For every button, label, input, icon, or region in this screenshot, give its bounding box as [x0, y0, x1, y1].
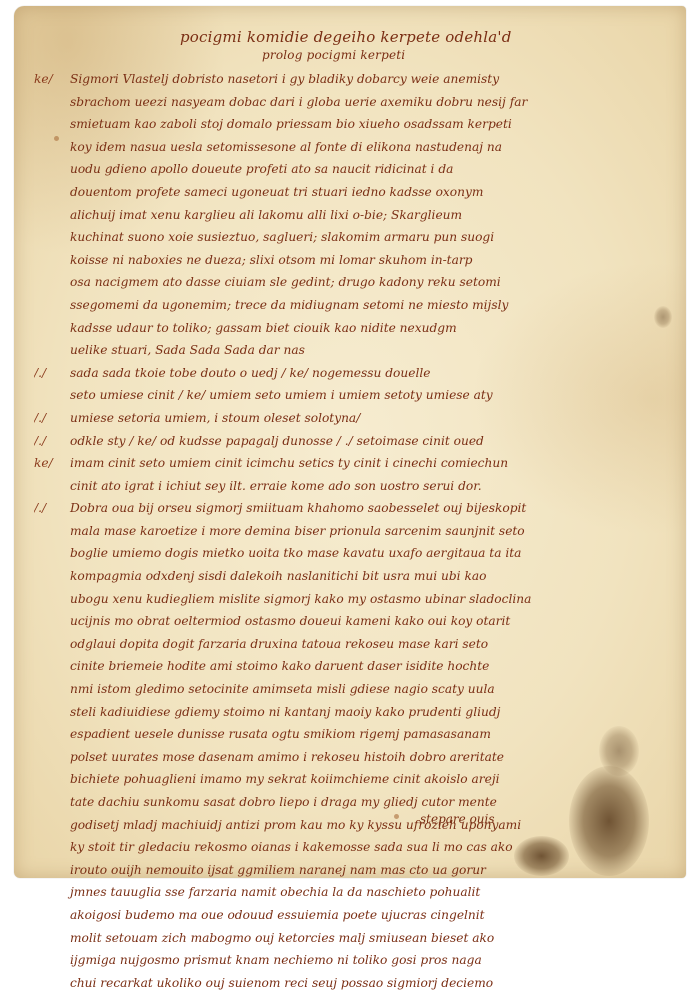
margin-note: /./: [34, 434, 68, 448]
manuscript-line: alichuij imat xenu karglieu ali lakomu a…: [34, 208, 674, 231]
margin-note: ke/: [34, 72, 68, 86]
line-text: sbrachom ueezi nasyeam dobac dari i glob…: [70, 95, 527, 109]
manuscript-line: bichiete pohuaglieni imamo my sekrat koi…: [34, 772, 674, 795]
manuscript-line: seto umiese cinit / ke/ umiem seto umiem…: [34, 388, 674, 411]
manuscript-line: ke/Sigmori Vlastelj dobristo nasetori i …: [34, 72, 674, 95]
line-text: umiese setoria umiem, i stoum oleset sol…: [70, 411, 360, 425]
line-text: imam cinit seto umiem cinit icimchu seti…: [70, 456, 508, 470]
line-text: boglie umiemo dogis mietko uoita tko mas…: [70, 546, 521, 560]
line-text: ssegomemi da ugonemim; trece da midiugna…: [70, 298, 508, 312]
line-text: odkle sty / ke/ od kudsse papagalj dunos…: [70, 434, 484, 448]
line-text: Sigmori Vlastelj dobristo nasetori i gy …: [70, 72, 499, 86]
line-text: kuchinat suono xoie susieztuo, saglueri;…: [70, 230, 494, 244]
manuscript-line: kuchinat suono xoie susieztuo, saglueri;…: [34, 230, 674, 253]
manuscript-line: koy idem nasua uesla setomissesone al fo…: [34, 140, 674, 163]
manuscript-line: uelike stuari, Sada Sada Sada dar nas: [34, 343, 674, 366]
manuscript-line: ubogu xenu kudiegliem mislite sigmorj ka…: [34, 592, 674, 615]
manuscript-line: /./Dobra oua bij orseu sigmorj smiituam …: [34, 501, 674, 524]
manuscript-line: kompagmia odxdenj sisdi dalekoih naslani…: [34, 569, 674, 592]
margin-note: /./: [34, 366, 68, 380]
line-text: steli kadiuidiese gdiemy stoimo ni kanta…: [70, 705, 500, 719]
manuscript-line: cinite briemeie hodite ami stoimo kako d…: [34, 659, 674, 682]
manuscript-line: steli kadiuidiese gdiemy stoimo ni kanta…: [34, 705, 674, 728]
line-text: kadsse udaur to toliko; gassam biet ciou…: [70, 321, 457, 335]
manuscript-line: kadsse udaur to toliko; gassam biet ciou…: [34, 321, 674, 344]
line-text: ubogu xenu kudiegliem mislite sigmorj ka…: [70, 592, 531, 606]
manuscript-line: mala mase karoetize i more demina biser …: [34, 524, 674, 547]
margin-note: /./: [34, 411, 68, 425]
manuscript-line: douentom profete sameci ugoneuat tri stu…: [34, 185, 674, 208]
manuscript-line: espadient uesele dunisse rusata ogtu smi…: [34, 727, 674, 750]
line-text: osa nacigmem ato dasse ciuiam sle gedint…: [70, 275, 501, 289]
line-text: douentom profete sameci ugoneuat tri stu…: [70, 185, 483, 199]
line-text: irouto ouijh nemouito ijsat ggmiliem nar…: [70, 863, 486, 877]
line-text: Dobra oua bij orseu sigmorj smiituam kha…: [70, 501, 526, 515]
manuscript-body: ke/Sigmori Vlastelj dobristo nasetori i …: [34, 72, 674, 886]
line-text: smietuam kao zaboli stoj domalo priessam…: [70, 117, 512, 131]
manuscript-line: smietuam kao zaboli stoj domalo priessam…: [34, 117, 674, 140]
manuscript-line: tate dachiu sunkomu sasat dobro liepo i …: [34, 795, 674, 818]
line-text: koisse ni naboxies ne dueza; slixi otsom…: [70, 253, 472, 267]
manuscript-line: boglie umiemo dogis mietko uoita tko mas…: [34, 546, 674, 569]
line-text: cinite briemeie hodite ami stoimo kako d…: [70, 659, 489, 673]
line-text: uelike stuari, Sada Sada Sada dar nas: [70, 343, 305, 357]
manuscript-line: sbrachom ueezi nasyeam dobac dari i glob…: [34, 95, 674, 118]
manuscript-line: /./odkle sty / ke/ od kudsse papagalj du…: [34, 434, 674, 457]
line-text: alichuij imat xenu karglieu ali lakomu a…: [70, 208, 462, 222]
manuscript-line: osa nacigmem ato dasse ciuiam sle gedint…: [34, 275, 674, 298]
manuscript-subtitle: prolog pocigmi kerpeti: [262, 48, 405, 62]
line-text: polset uurates mose dasenam amimo i reko…: [70, 750, 504, 764]
manuscript-line: ke/imam cinit seto umiem cinit icimchu s…: [34, 456, 674, 479]
line-text: bichiete pohuaglieni imamo my sekrat koi…: [70, 772, 500, 786]
signature: stepare ouis: [420, 812, 495, 826]
line-text: kompagmia odxdenj sisdi dalekoih naslani…: [70, 569, 486, 583]
line-text: cinit ato igrat i ichiut sey ilt. erraie…: [70, 479, 482, 493]
manuscript-line: odglaui dopita dogit farzaria druxina ta…: [34, 637, 674, 660]
line-text: tate dachiu sunkomu sasat dobro liepo i …: [70, 795, 497, 809]
manuscript-line: /./umiese setoria umiem, i stoum oleset …: [34, 411, 674, 434]
manuscript-line: nmi istom gledimo setocinite amimseta mi…: [34, 682, 674, 705]
manuscript-line: irouto ouijh nemouito ijsat ggmiliem nar…: [34, 863, 674, 886]
line-text: seto umiese cinit / ke/ umiem seto umiem…: [70, 388, 493, 402]
margin-note: ke/: [34, 456, 68, 470]
manuscript-line: ssegomemi da ugonemim; trece da midiugna…: [34, 298, 674, 321]
manuscript-line: ky stoit tir gledaciu rekosmo oianas i k…: [34, 840, 674, 863]
line-text: mala mase karoetize i more demina biser …: [70, 524, 525, 538]
manuscript-line: /./sada sada tkoie tobe douto o uedj / k…: [34, 366, 674, 389]
manuscript-line: koisse ni naboxies ne dueza; slixi otsom…: [34, 253, 674, 276]
manuscript-line: uodu gdieno apollo doueute profeti ato s…: [34, 162, 674, 185]
line-text: ucijnis mo obrat oeltermiod ostasmo doue…: [70, 614, 510, 628]
manuscript-line: ucijnis mo obrat oeltermiod ostasmo doue…: [34, 614, 674, 637]
line-text: nmi istom gledimo setocinite amimseta mi…: [70, 682, 495, 696]
line-text: odglaui dopita dogit farzaria druxina ta…: [70, 637, 488, 651]
line-text: espadient uesele dunisse rusata ogtu smi…: [70, 727, 491, 741]
line-text: ky stoit tir gledaciu rekosmo oianas i k…: [70, 840, 513, 854]
manuscript-title: pocigmi komidie degeiho kerpete odehla'd: [180, 28, 512, 46]
manuscript-line: polset uurates mose dasenam amimo i reko…: [34, 750, 674, 773]
line-text: uodu gdieno apollo doueute profeti ato s…: [70, 162, 453, 176]
line-text: sada sada tkoie tobe douto o uedj / ke/ …: [70, 366, 430, 380]
margin-note: /./: [34, 501, 68, 515]
manuscript-line: cinit ato igrat i ichiut sey ilt. erraie…: [34, 479, 674, 502]
manuscript-line: godisetj mladj machiuidj antizi prom kau…: [34, 818, 674, 841]
line-text: koy idem nasua uesla setomissesone al fo…: [70, 140, 502, 154]
